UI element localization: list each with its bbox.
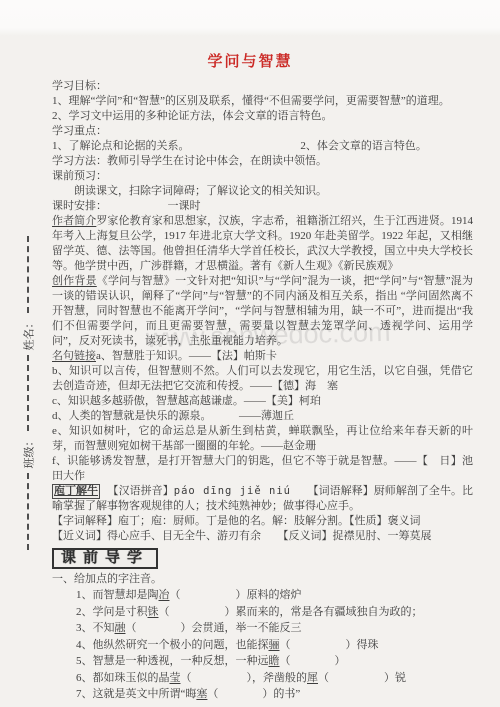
annotated-char: 作者简介: [52, 215, 96, 227]
exercise-item: 2、学问是寸积铢（ ）累而来的，常是各有疆域独自为政的；: [52, 604, 473, 621]
column-text: 2、体会文章的语言特色。: [300, 139, 473, 154]
dashed-line: [27, 355, 29, 432]
text-line: 课时安排： 一课时: [52, 199, 473, 214]
annotated-char: 骊: [269, 639, 280, 651]
document-body: 学习目标：1、理解“学问”和“智慧”的区别及联系，懂得“不但需要学问，更需要智慧…: [52, 79, 473, 703]
text-line: f、识能够诱发智慧，是打开智慧大门的钥匙，但它不等于就是智慧。——【 日】池田大…: [52, 454, 473, 484]
text-line: 2、学习文中运用的多种论证方法，体会文章的语言特色。: [52, 109, 473, 124]
annotated-char: 铢: [148, 606, 159, 618]
column-text: 1、了解论点和论据的关系。: [52, 139, 300, 154]
left-margin-rail: 姓名： 班级：: [20, 236, 36, 550]
exercise-item: 5、智慧是一种透视，一种反想，一种远瞻（ ）: [52, 653, 473, 670]
annotated-char: 莹: [170, 672, 181, 684]
section-heading-box: 课前导学: [52, 548, 158, 569]
annotated-char: 瞻: [269, 655, 280, 667]
annotated-char: 名句链接: [52, 350, 96, 362]
text-line: d、人类的智慧就是快乐的源泉。 ——薄迦丘: [52, 409, 473, 424]
text-line: 学习目标：: [52, 79, 473, 94]
text-line: 名句链接a、智慧胜于知识。——【法】帕斯卡: [52, 349, 473, 364]
annotated-char: 融: [115, 622, 126, 634]
document-page: 学问与智慧 www.sanwedoc.com 姓名： 班级： 学习目标：1、理解…: [0, 0, 500, 707]
text-line: 一、给加点的字注音。: [52, 572, 473, 587]
text-line: c、知识越多越骄傲，智慧越高越谦虚。——【美】柯珀: [52, 394, 473, 409]
class-field-label: 班级：: [12, 431, 45, 473]
text-line: 学习方法：教师引导学生在讨论中体会，在朗读中领悟。: [52, 154, 473, 169]
annotated-char: 冶: [159, 589, 170, 601]
exercise-item: 6、都如珠玉似的晶莹（ ），斧凿般的犀（ ）锐: [52, 670, 473, 687]
name-field-label: 姓名：: [12, 313, 45, 355]
text-line: 作者简介罗家伦教育家和思想家，汉族，字志希，祖籍浙江绍兴，生于江西进贤。1914…: [52, 214, 473, 274]
exercise-item: 1、而智慧却是陶冶（ ）原料的熔炉: [52, 587, 473, 604]
exercise-item: 7、这就是英文中所谓“晦塞（ ）的书”: [52, 686, 473, 703]
annotated-char: 犀: [307, 672, 318, 684]
text-line: 【字词解释】庖丁；庖：厨师。丁是他的名。解：肢解分割。【性质】褒义词: [52, 514, 473, 529]
idiom-box-label: 庖丁解牛: [52, 484, 100, 499]
annotated-char: 塞: [196, 688, 207, 700]
exercise-item: 4、他纵然研究一个极小的问题，也能探骊（ ）得珠: [52, 637, 473, 654]
text-line: 1、理解“学问”和“智慧”的区别及联系，懂得“不但需要学问，更需要智慧”的道理。: [52, 94, 473, 109]
dashed-line: [27, 236, 29, 313]
pinyin-text: páo dīng jiě niú: [174, 485, 291, 497]
text-line: 创作背景《学问与智慧》一文针对把“知识”与“学问”混为一谈，把“学问”与“智慧”…: [52, 274, 473, 349]
page-title: 学问与智慧: [0, 50, 500, 71]
annotated-char: 创作背景: [52, 275, 97, 287]
text-line: 学习重点：: [52, 124, 473, 139]
two-column-line: 1、了解论点和论据的关系。2、体会文章的语言特色。: [52, 139, 473, 154]
dashed-line: [27, 473, 29, 550]
section-heading-wrap: 课前导学: [52, 548, 473, 569]
text-line: 课前预习：: [52, 169, 473, 184]
exercise-item: 3、不知融（ ）会贯通，举一不能反三: [52, 620, 473, 637]
text-line: b、知识可以言传，但智慧则不然。人们可以去发现它，用它生活，以它自强，凭借它去创…: [52, 364, 473, 394]
text-line: 朗读课文，扫除字词障碍；了解议论文的相关知识。: [52, 184, 473, 199]
text-line: e、知识如树叶，它的命运总是从新生到枯黄，蝉联飘坠，再让位给来年春天新的叶芽，而…: [52, 424, 473, 454]
text-line: 庖丁解牛 【汉语拼音】páo dīng jiě niú 【词语解释】厨师解剖了全…: [52, 484, 473, 514]
text-line: 【近义词】得心应手、目无全牛、游刃有余 【反义词】捉襟见肘、一筹莫展: [52, 529, 473, 544]
